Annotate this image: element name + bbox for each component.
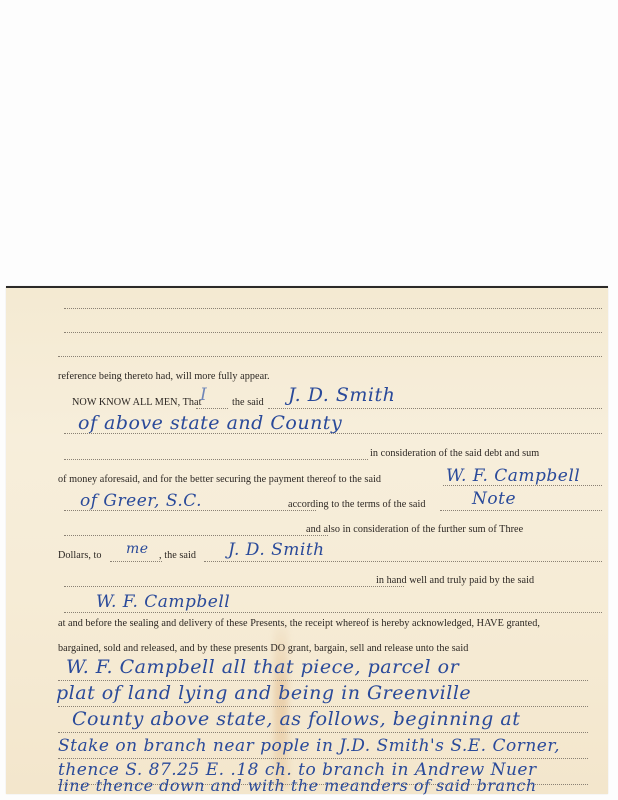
description-line-6: line thence down and with the meanders o… <box>58 776 537 795</box>
grantor-residence: of above state and County <box>78 412 342 434</box>
fill-line <box>110 561 162 562</box>
blank-line <box>64 332 602 333</box>
of-money-text: of money aforesaid, and for the better s… <box>58 474 381 485</box>
fill-line <box>58 706 588 707</box>
fill-line <box>64 535 328 536</box>
fill-line <box>268 408 602 409</box>
and-also-text: and also in consideration of the further… <box>306 524 523 535</box>
fill-line <box>58 732 588 733</box>
according-to-text: according to the terms of the said <box>288 499 426 510</box>
fill-line <box>64 586 404 587</box>
deed-paper: reference being thereto had, will more f… <box>6 286 608 794</box>
bargained-text: bargained, sold and released, and by the… <box>58 643 468 654</box>
description-line-4: Stake on branch near pople in J.D. Smith… <box>58 736 560 756</box>
description-line-2: plat of land lying and being in Greenvil… <box>56 682 471 704</box>
fill-line <box>440 510 602 511</box>
grantor-name-2: J. D. Smith <box>228 540 325 560</box>
reference-line: reference being thereto had, will more f… <box>58 371 270 382</box>
fill-line <box>64 459 368 460</box>
in-consideration-text: in consideration of the said debt and su… <box>370 448 539 459</box>
the-said-text-2: , the said <box>159 550 196 561</box>
grantor-name: J. D. Smith <box>288 384 395 406</box>
in-hand-text: in hand well and truly paid by the said <box>376 575 534 586</box>
grantee-residence: of Greer, S.C. <box>80 491 202 511</box>
instrument-name: Note <box>472 489 516 509</box>
fill-line <box>58 758 588 759</box>
blank-line <box>64 308 602 309</box>
now-know-text: NOW KNOW ALL MEN, That <box>72 397 201 408</box>
description-line-3: County above state, as follows, beginnin… <box>72 708 520 730</box>
fill-line <box>196 408 228 409</box>
grantee-name: W. F. Campbell <box>446 466 580 486</box>
grantor-pronoun: I <box>200 385 207 405</box>
fill-line <box>204 561 602 562</box>
dollars-to-text: Dollars, to <box>58 550 102 561</box>
fill-line <box>58 680 588 681</box>
dollars-to-recipient: me <box>126 541 149 557</box>
paid-by-name: W. F. Campbell <box>96 592 230 612</box>
the-said-text: the said <box>232 397 264 408</box>
at-and-before-text: at and before the sealing and delivery o… <box>58 618 540 629</box>
description-line-1: W. F. Campbell all that piece, parcel or <box>66 656 459 678</box>
fill-line <box>64 612 602 613</box>
blank-line <box>58 356 602 357</box>
